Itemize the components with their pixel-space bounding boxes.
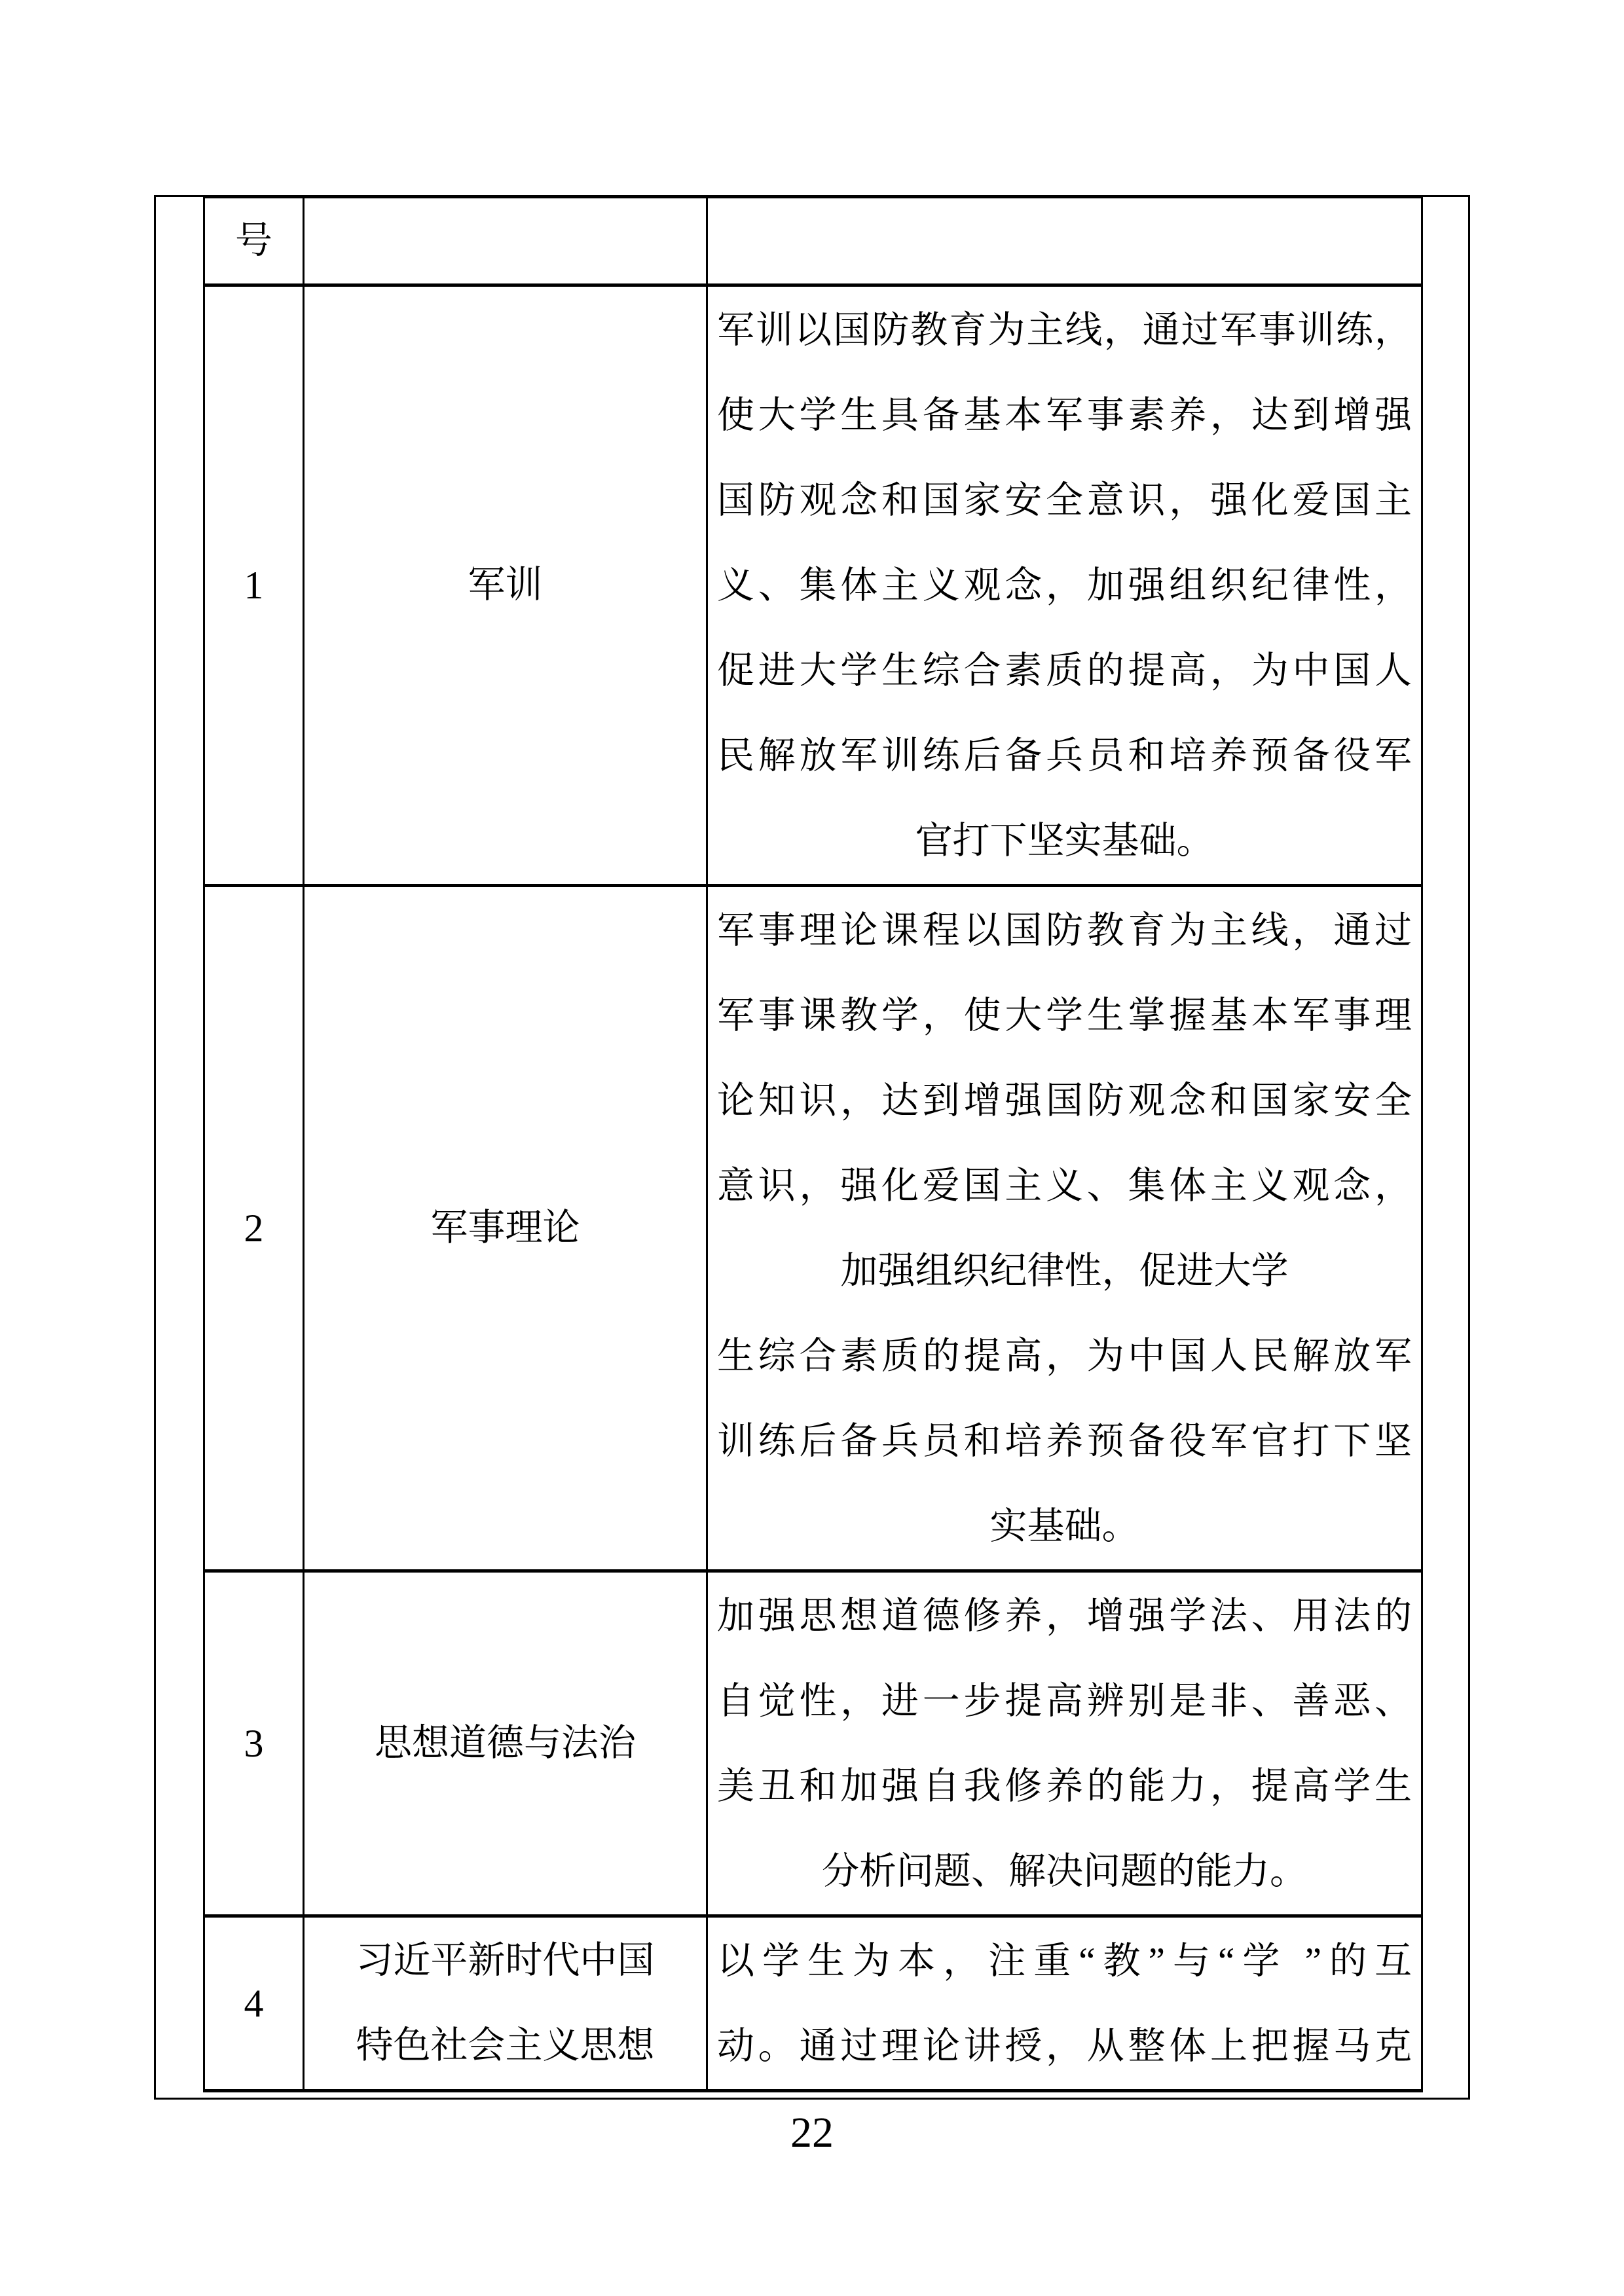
- description-line: 论知识，达到增强国防观念和国家安全: [717, 1059, 1412, 1144]
- course-name-line: 军事理论: [310, 1186, 701, 1271]
- cell-course-name: 军事理论: [304, 886, 707, 1571]
- course-name-line: 思想道德与法治: [310, 1701, 701, 1786]
- header-cell-no: 号: [204, 197, 304, 285]
- course-name-line: 军训: [310, 543, 701, 628]
- cell-course-name: 习近平新时代中国特色社会主义思想: [304, 1916, 707, 2091]
- course-name-line: 特色社会主义思想: [310, 2003, 701, 2088]
- description-line: 军事课教学，使大学生掌握基本军事理: [717, 974, 1412, 1059]
- description-line: 实基础。: [717, 1484, 1412, 1569]
- description-line: 使大学生具备基本军事素养，达到增强: [717, 373, 1412, 458]
- description-line: 民解放军训练后备兵员和培养预备役军: [717, 714, 1412, 799]
- course-table-body: 号 1军训军训以国防教育为主线，通过军事训练，使大学生具备基本军事素养，达到增强…: [204, 197, 1422, 2091]
- description-line: 动。通过理论讲授，从整体上把握马克: [717, 2004, 1412, 2089]
- table-header-partial-row: 号: [204, 197, 1422, 285]
- cell-course-name: 思想道德与法治: [304, 1571, 707, 1916]
- table-row: 2军事理论军事理论课程以国防教育为主线，通过军事课教学，使大学生掌握基本军事理论…: [204, 886, 1422, 1571]
- course-table: 号 1军训军训以国防教育为主线，通过军事训练，使大学生具备基本军事素养，达到增强…: [203, 195, 1423, 2092]
- table-row: 4习近平新时代中国特色社会主义思想以学生为本，注重“教”与“学 ”的互动。通过理…: [204, 1916, 1422, 2091]
- description-line: 自觉性，进一步提高辨别是非、善恶、: [717, 1659, 1412, 1744]
- cell-course-name: 军训: [304, 285, 707, 886]
- table-row: 3思想道德与法治加强思想道德修养，增强学法、用法的自觉性，进一步提高辨别是非、善…: [204, 1571, 1422, 1916]
- cell-description: 以学生为本，注重“教”与“学 ”的互动。通过理论讲授，从整体上把握马克: [707, 1916, 1422, 2091]
- description-line: 官打下坚实基础。: [717, 799, 1412, 884]
- description-line: 加强组织纪律性，促进大学: [717, 1229, 1412, 1314]
- description-line: 美丑和加强自我修养的能力，提高学生: [717, 1744, 1412, 1829]
- description-line: 促进大学生综合素质的提高，为中国人: [717, 629, 1412, 714]
- course-name-line: 习近平新时代中国: [310, 1918, 701, 2003]
- table-row: 1军训军训以国防教育为主线，通过军事训练，使大学生具备基本军事素养，达到增强国防…: [204, 285, 1422, 886]
- description-line: 加强思想道德修养，增强学法、用法的: [717, 1574, 1412, 1659]
- document-page: 号 1军训军训以国防教育为主线，通过军事训练，使大学生具备基本军事素养，达到增强…: [0, 0, 1624, 2296]
- cell-description: 军训以国防教育为主线，通过军事训练，使大学生具备基本军事素养，达到增强国防观念和…: [707, 285, 1422, 886]
- cell-description: 加强思想道德修养，增强学法、用法的自觉性，进一步提高辨别是非、善恶、美丑和加强自…: [707, 1571, 1422, 1916]
- description-line: 生综合素质的提高，为中国人民解放军: [717, 1314, 1412, 1399]
- description-line: 以学生为本，注重“教”与“学 ”的互: [717, 1919, 1412, 2004]
- cell-no: 2: [204, 886, 304, 1571]
- cell-no: 4: [204, 1916, 304, 2091]
- header-cell-course-name: [304, 197, 707, 285]
- header-cell-description: [707, 197, 1422, 285]
- description-line: 训练后备兵员和培养预备役军官打下坚: [717, 1399, 1412, 1484]
- description-line: 义、集体主义观念，加强组织纪律性，: [717, 543, 1412, 629]
- description-line: 意识，强化爱国主义、集体主义观念，: [717, 1144, 1412, 1229]
- cell-no: 1: [204, 285, 304, 886]
- description-line: 军事理论课程以国防教育为主线，通过: [717, 888, 1412, 974]
- description-line: 军训以国防教育为主线，通过军事训练，: [717, 288, 1412, 373]
- page-number: 22: [0, 2107, 1624, 2159]
- cell-description: 军事理论课程以国防教育为主线，通过军事课教学，使大学生掌握基本军事理论知识，达到…: [707, 886, 1422, 1571]
- description-line: 国防观念和国家安全意识，强化爱国主: [717, 458, 1412, 543]
- description-line: 分析问题、解决问题的能力。: [717, 1829, 1412, 1914]
- cell-no: 3: [204, 1571, 304, 1916]
